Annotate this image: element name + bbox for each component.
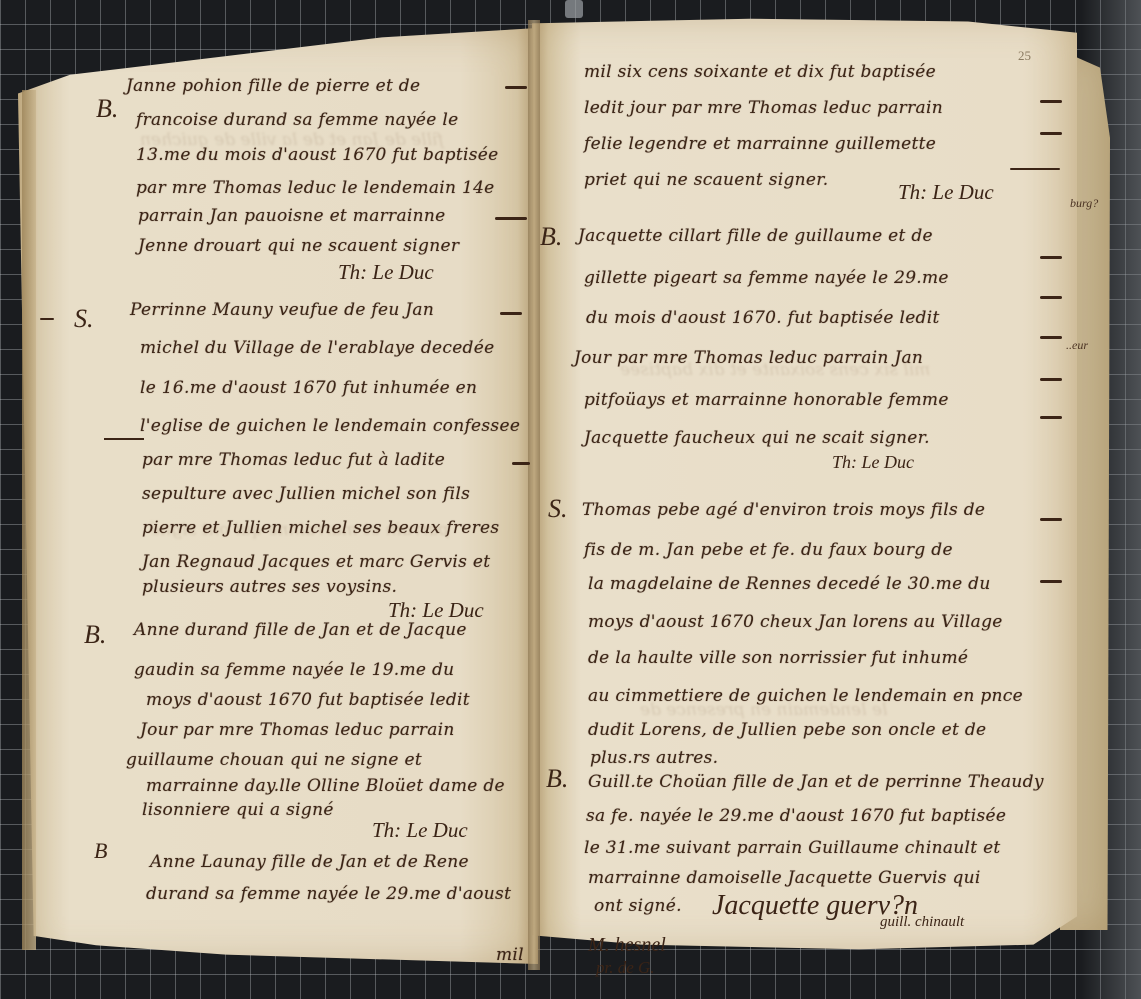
entry-line: guillaume chouan qui ne signe et (126, 750, 422, 770)
entry-line: l'eglise de guichen le lendemain confess… (140, 416, 520, 436)
entry-line: du mois d'aoust 1670. fut baptisée ledit (586, 308, 940, 328)
entry-line: Jan Regnaud Jacques et marc Gervis et (142, 552, 490, 572)
open-register-book: fille de Jan et de la ville de guichen p… (0, 0, 1141, 999)
priest-signature: Th: Le Duc (898, 180, 994, 205)
entry-line: Anne Launay fille de Jan et de Rene (150, 852, 469, 872)
entry-line: plusieurs autres ses voysins. (142, 577, 397, 597)
left-page-worn-edge (22, 90, 36, 950)
line-filler-dash (1040, 132, 1062, 135)
entry-line: Jour par mre Thomas leduc parrain Jan (574, 348, 923, 368)
entry-line: de la haulte ville son norrissier fut in… (588, 648, 968, 668)
entry-line: moys d'aoust 1670 fut baptisée ledit (146, 690, 470, 710)
witness-signature-paraph: pr. de G. (596, 958, 655, 978)
entry-line: par mre Thomas leduc fut à ladite (142, 450, 445, 470)
entry-marker: B. (546, 764, 568, 794)
line-filler-dash (1040, 580, 1062, 583)
line-filler-dash (1040, 378, 1062, 381)
entry-line: sepulture avec Jullien michel son fils (142, 484, 470, 504)
margin-tick (40, 318, 54, 320)
entry-line: pitfoüays et marrainne honorable femme (584, 390, 949, 410)
entry-line: fis de m. Jan pebe et fe. du faux bourg … (584, 540, 953, 560)
entry-line: Jenne drouart qui ne scauent signer (138, 236, 459, 256)
line-filler-dash (505, 86, 527, 89)
entry-marker: S. (548, 494, 568, 524)
line-filler-dash (1010, 168, 1060, 170)
line-filler-dash (1040, 518, 1062, 521)
entry-line: Anne durand fille de Jan et de Jacque (134, 620, 467, 640)
entry-line: moys d'aoust 1670 cheux Jan lorens au Vi… (588, 612, 1003, 632)
entry-line: marrainne day.lle Olline Bloüet dame de (146, 776, 505, 796)
entry-line: 13.me du mois d'aoust 1670 fut baptisée (136, 145, 498, 165)
entry-line: la magdelaine de Rennes decedé le 30.me … (588, 574, 991, 594)
entry-line: Janne pohion fille de pierre et de (126, 76, 420, 96)
entry-line: mil six cens soixante et dix fut baptisé… (584, 62, 936, 82)
catchword: mil (496, 945, 524, 965)
entry-line: au cimmettiere de guichen le lendemain e… (588, 686, 1023, 706)
entry-line: parrain Jan pauoisne et marrainne (138, 206, 446, 226)
godfather-signature: guill. chinault (880, 914, 964, 931)
entry-line: gaudin sa femme nayée le 19.me du (134, 660, 454, 680)
entry-line: francoise durand sa femme nayée le (136, 110, 458, 130)
entry-line: durand sa femme nayée le 29.me d'aoust (146, 884, 511, 904)
entry-line: Perrinne Mauny veufue de feu Jan (130, 300, 434, 320)
entry-line: lisonniere qui a signé (142, 800, 334, 820)
entry-line: Jacquette cillart fille de guillaume et … (578, 226, 933, 246)
entry-line: ont signé. (594, 896, 682, 916)
entry-line: sa fe. nayée le 29.me d'aoust 1670 fut b… (586, 806, 1006, 826)
entry-line: le 16.me d'aoust 1670 fut inhumée en (140, 378, 477, 398)
entry-line: dudit Lorens, de Jullien pebe son oncle … (588, 720, 986, 740)
folio-number: 25 (1018, 48, 1031, 64)
entry-line: plus.rs autres. (590, 748, 718, 768)
book-gutter (528, 20, 540, 970)
entry-line: Thomas pebe agé d'environ trois moys fil… (582, 500, 985, 520)
priest-signature: Th: Le Duc (372, 818, 468, 843)
margin-fragment: ..eur (1066, 338, 1088, 353)
priest-signature: Th: Le Duc (832, 452, 914, 473)
entry-line: Jacquette faucheux qui ne scait signer. (584, 428, 930, 448)
entry-line: ledit jour par mre Thomas leduc parrain (584, 98, 943, 118)
line-filler-dash (1040, 100, 1062, 103)
entry-line: pierre et Jullien michel ses beaux frere… (142, 518, 499, 538)
entry-marker: B. (96, 94, 118, 124)
entry-line: felie legendre et marrainne guillemette (584, 134, 936, 154)
line-filler-dash (495, 217, 527, 220)
entry-marker: B. (540, 222, 562, 252)
entry-marker: S. (74, 304, 94, 334)
entry-line: le 31.me suivant parrain Guillaume china… (584, 838, 1001, 858)
entry-line: michel du Village de l'erablaye decedée (140, 338, 494, 358)
entry-line: par mre Thomas leduc le lendemain 14e (136, 178, 495, 198)
entry-line: gillette pigeart sa femme nayée le 29.me (584, 268, 949, 288)
entry-line: Guill.te Choüan fille de Jan et de perri… (588, 772, 1044, 792)
margin-fragment: burg? (1070, 196, 1098, 211)
line-filler-dash (500, 312, 522, 315)
entry-line: priet qui ne scauent signer. (584, 170, 829, 190)
line-filler-dash (1040, 296, 1062, 299)
witness-signature: M. hesnel (588, 934, 666, 957)
margin-underline (104, 438, 144, 440)
entry-marker: B (94, 838, 107, 864)
line-filler-dash (1040, 416, 1062, 419)
entry-line: marrainne damoiselle Jacquette Guervis q… (588, 868, 981, 888)
entry-marker: B. (84, 620, 106, 650)
entry-line: Jour par mre Thomas leduc parrain (140, 720, 455, 740)
line-filler-dash (512, 462, 530, 465)
line-filler-dash (1040, 336, 1062, 339)
line-filler-dash (1040, 256, 1062, 259)
priest-signature: Th: Le Duc (338, 260, 434, 285)
